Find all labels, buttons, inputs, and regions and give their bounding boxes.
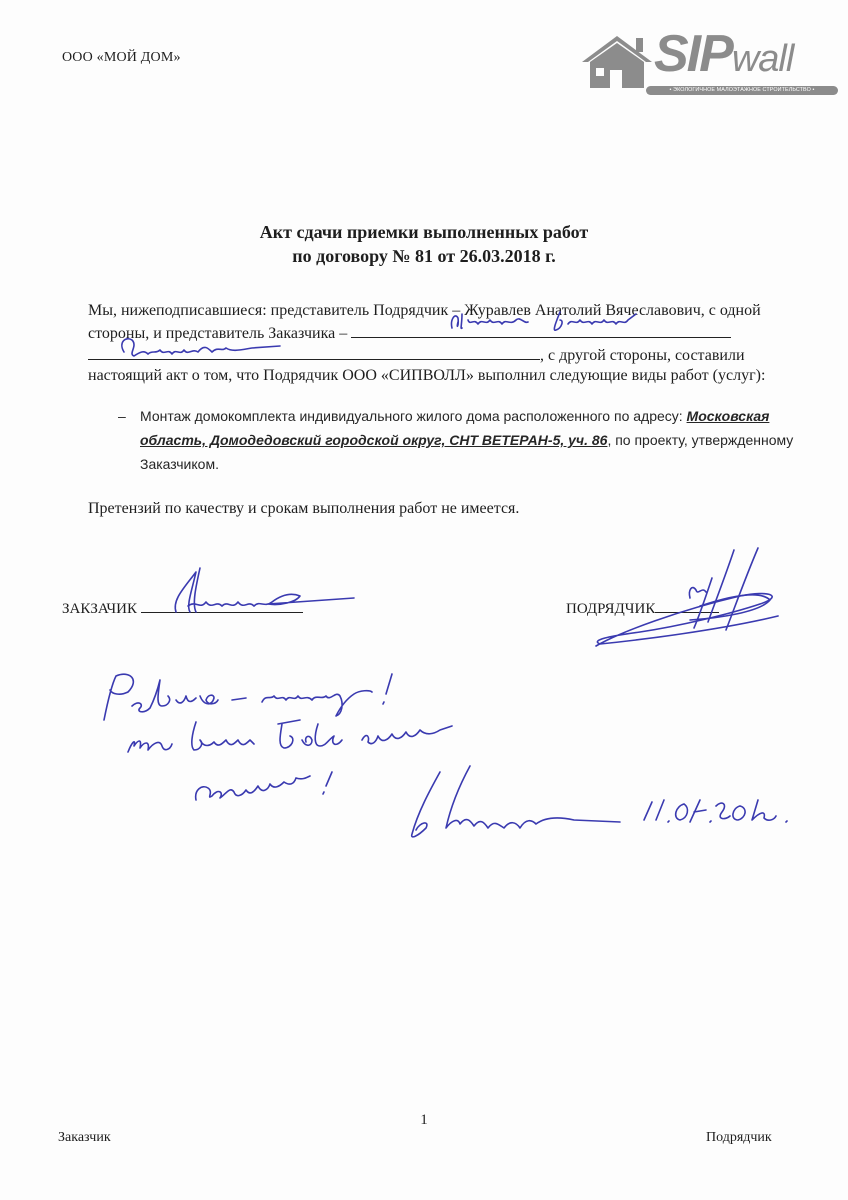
handwritten-note-line1 xyxy=(104,674,392,720)
logo-sip: SIP xyxy=(654,25,732,83)
intro-paragraph: Мы, нижеподписавшиеся: представитель Под… xyxy=(88,301,803,385)
note-signature xyxy=(412,766,620,837)
sipwall-logo: SIPwall • ЭКОЛОГИЧНОЕ МАЛОЭТАЖНОЕ СТРОИТ… xyxy=(578,30,840,100)
company-name: ООО «МОЙ ДОМ» xyxy=(62,50,181,66)
work-item: – Монтаж домокомплекта индивидуального ж… xyxy=(118,404,808,476)
logo-tagline: • ЭКОЛОГИЧНОЕ МАЛОЭТАЖНОЕ СТРОИТЕЛЬСТВО … xyxy=(646,86,838,95)
logo-wall: wall xyxy=(732,38,793,80)
handwritten-note-line2 xyxy=(128,720,452,752)
customer-signature-block: ЗАКЗАЧИК xyxy=(62,598,303,618)
title-line-1: Акт сдачи приемки выполненных работ xyxy=(0,220,848,244)
handwritten-date xyxy=(644,800,787,822)
contractor-signature-block: ПОДРЯДЧИК xyxy=(566,598,719,618)
handwritten-note-line3 xyxy=(196,772,332,800)
footer-customer: Заказчик xyxy=(58,1130,111,1146)
contractor-signature xyxy=(596,548,778,646)
customer-label: ЗАКЗАЧИК xyxy=(62,601,137,617)
list-dash: – xyxy=(118,404,126,428)
house-icon xyxy=(578,32,656,90)
logo-wordmark: SIPwall xyxy=(654,24,793,84)
customer-name-field-1 xyxy=(351,321,731,338)
document-title: Акт сдачи приемки выполненных работ по д… xyxy=(0,220,848,268)
contractor-label: ПОДРЯДЧИК xyxy=(566,601,655,617)
claims-statement: Претензий по качеству и срокам выполнени… xyxy=(88,500,519,518)
work-item-text: Монтаж домокомплекта индивидуального жил… xyxy=(140,408,687,424)
customer-name-field-2 xyxy=(88,343,540,360)
contractor-signature-line xyxy=(655,598,719,613)
title-line-2: по договору № 81 от 26.03.2018 г. xyxy=(0,244,848,268)
page-number: 1 xyxy=(0,1112,848,1129)
customer-signature-line xyxy=(141,598,303,613)
footer-contractor: Подрядчик xyxy=(706,1130,772,1146)
